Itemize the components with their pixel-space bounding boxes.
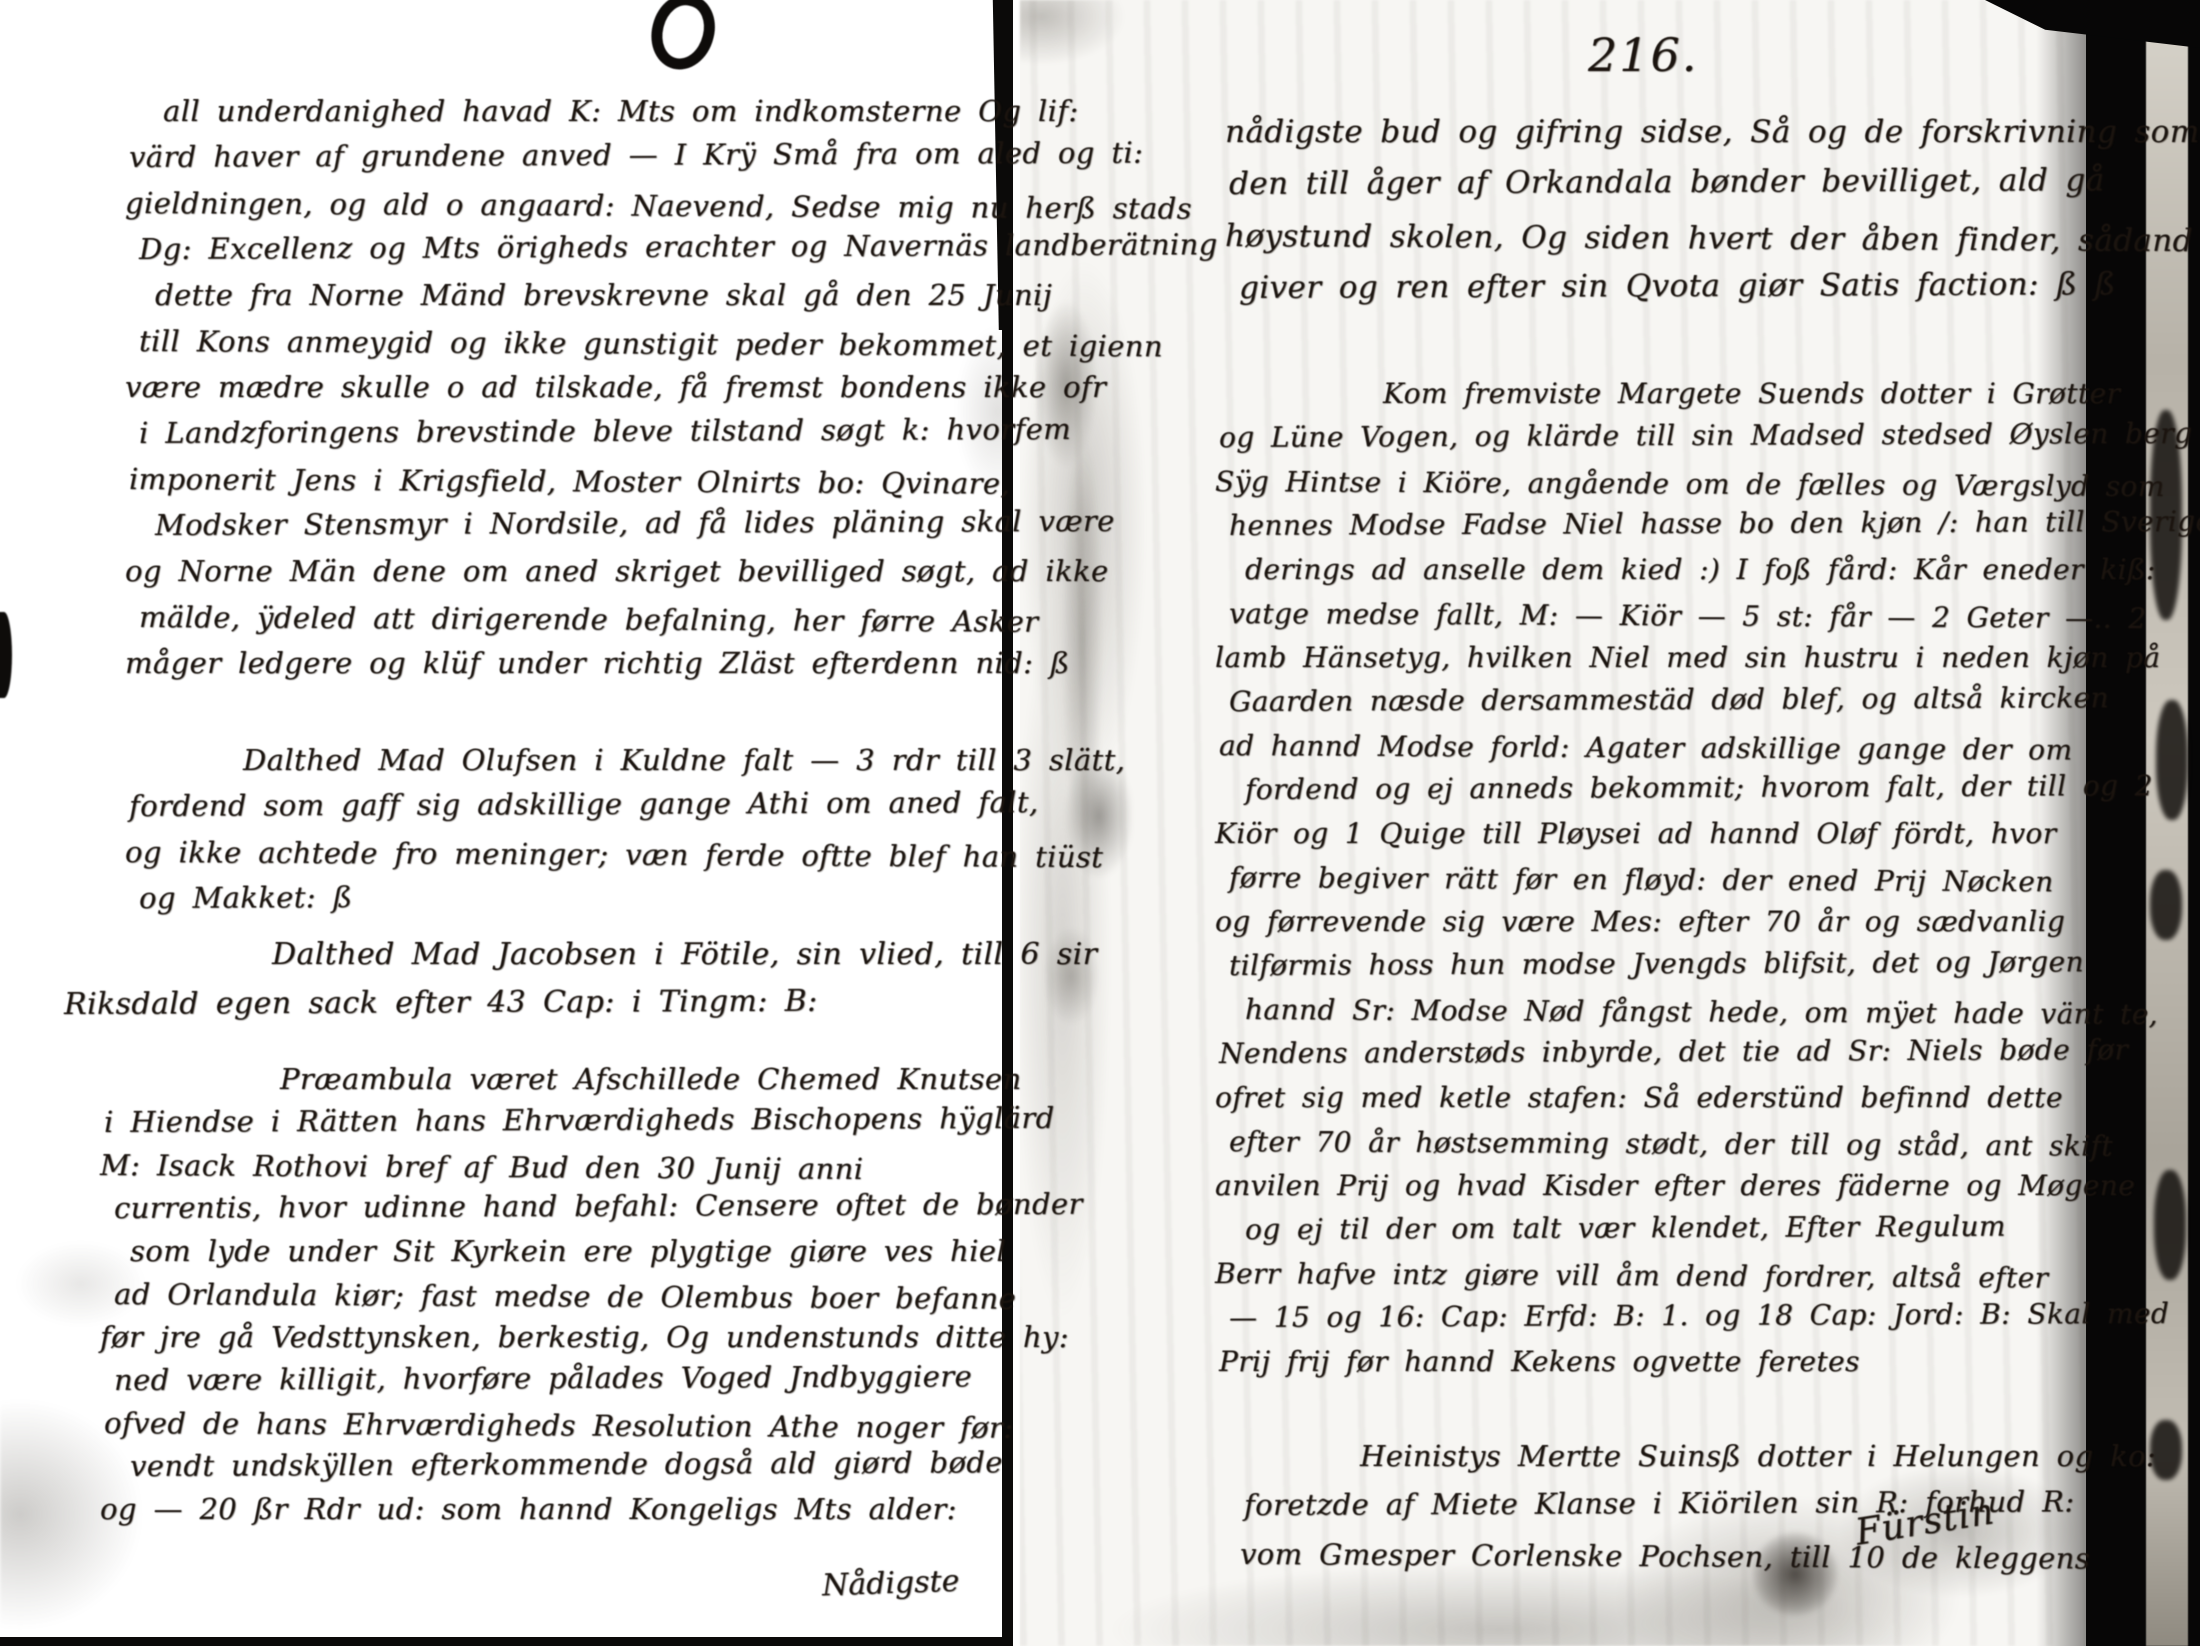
manuscript-line: Dalthed Mad Olufsen i Kuldne falt — 3 rd… bbox=[243, 737, 1125, 783]
paragraph-lines: all underdanighed havad K: Mts om indkom… bbox=[125, 88, 1218, 686]
paragraph-lines: Præambula været Afschillede Chemed Knuts… bbox=[100, 1058, 1083, 1531]
manuscript-line: i Landzforingens brevstinde bleve tilsta… bbox=[139, 405, 1218, 456]
paragraph-lines: Dalthed Mad Olufsen i Kuldne falt — 3 rd… bbox=[125, 737, 1125, 921]
manuscript-line: være mædre skulle o ad tilskade, få frem… bbox=[125, 364, 1218, 410]
right-paragraph-3: Heinistys Mertte Suinsß dotter i Helunge… bbox=[1240, 1432, 2156, 1579]
manuscript-line: foretzde af Miete Klanse i Kiörilen sin … bbox=[1244, 1477, 2156, 1530]
manuscript-line: og Makket: ß bbox=[139, 871, 1125, 921]
manuscript-line: Heinistys Mertte Suinsß dotter i Helunge… bbox=[1360, 1432, 2156, 1481]
manuscript-line: og ej til der om talt vær klendet, Efter… bbox=[1245, 1204, 2200, 1252]
right-paragraph-2: Kom fremviste Margete Suends dotter i Gr… bbox=[1215, 372, 2200, 1384]
left-paragraph-2: Dalthed Mad Olufsen i Kuldne falt — 3 rd… bbox=[125, 737, 1125, 921]
manuscript-line: ofret sig med ketle stafen: Så ederstünd… bbox=[1215, 1076, 2200, 1120]
manuscript-line: Dalthed Mad Jacobsen i Fötile, sin vlied… bbox=[272, 930, 1097, 980]
manuscript-line: ned være killigit, hvorføre pålades Voge… bbox=[114, 1355, 1083, 1402]
manuscript-line: Gaarden næsde dersammestäd død blef, og … bbox=[1229, 676, 2200, 724]
manuscript-line: som lyde under Sit Kyrkein ere plygtige … bbox=[130, 1230, 1083, 1273]
manuscript-line: og Lüne Vogen, og klärde till sin Madsed… bbox=[1219, 412, 2200, 460]
paragraph-lines: Kom fremviste Margete Suends dotter i Gr… bbox=[1215, 372, 2200, 1384]
manuscript-line: før jre gå Vedsttynsken, berkestig, Og u… bbox=[100, 1316, 1083, 1359]
manuscript-line: førre begiver rätt før en fløyd: der ene… bbox=[1229, 856, 2200, 905]
manuscript-line: fordend som gaff sig adskillige gange At… bbox=[129, 779, 1125, 829]
manuscript-line: Nendens anderstøds inbyrde, det tie ad S… bbox=[1219, 1028, 2200, 1076]
manuscript-line: den till åger af Orkandala bønder bevill… bbox=[1229, 154, 2200, 210]
manuscript-line: Kiör og 1 Quige till Pløysei ad hannd Ol… bbox=[1215, 812, 2200, 856]
manuscript-line: derings ad anselle dem kied :) I foß får… bbox=[1245, 548, 2200, 592]
manuscript-line: hennes Modse Fadse Niel hasse bo den kjø… bbox=[1229, 500, 2200, 548]
manuscript-line: og Norne Män dene om aned skriget bevill… bbox=[125, 548, 1218, 594]
manuscript-line: mälde, ÿdeled att dirigerende befalning,… bbox=[139, 594, 1218, 646]
manuscript-line: Kom fremviste Margete Suends dotter i Gr… bbox=[1383, 372, 2200, 416]
manuscript-line: Dg: Excellenz og Mts örigheds erachter o… bbox=[139, 221, 1218, 272]
manuscript-line: Prij frij før hannd Kekens ogvette feret… bbox=[1219, 1340, 2200, 1384]
manuscript-line: Præambula været Afschillede Chemed Knuts… bbox=[280, 1058, 1083, 1101]
manuscript-line: vatge medse fallt, M: — Kiör — 5 st: får… bbox=[1229, 592, 2200, 641]
manuscript-line: måger ledgere og klüf under richtig Zläs… bbox=[125, 640, 1218, 686]
scan-bottom-edge bbox=[0, 1637, 1012, 1646]
manuscript-line: i Hiendse i Rätten hans Ehrværdigheds Bi… bbox=[104, 1097, 1083, 1144]
manuscript-line: värd haver af grundene anved — I Krÿ Små… bbox=[129, 129, 1218, 180]
manuscript-line: dette fra Norne Mänd brevskrevne skal gå… bbox=[155, 272, 1218, 318]
manuscript-line: tilførmis hoss hun modse Jvengds blifsit… bbox=[1229, 940, 2200, 988]
manuscript-line: nådigste bud og gifring sidse, Så og de … bbox=[1225, 106, 2200, 158]
manuscript-line: vendt undskÿllen efterkommende dogså ald… bbox=[130, 1441, 1083, 1488]
manuscript-line: anvilen Prij og hvad Kisder efter deres … bbox=[1215, 1164, 2200, 1208]
manuscript-line: — 15 og 16: Cap: Erfd: B: 1. og 18 Cap: … bbox=[1229, 1292, 2200, 1340]
manuscript-line: Riksdald egen sack efter 43 Cap: i Tingm… bbox=[64, 975, 1098, 1030]
right-paragraph-1: nådigste bud og gifring sidse, Så og de … bbox=[1225, 106, 2200, 314]
paragraph-lines: nådigste bud og gifring sidse, Så og de … bbox=[1225, 106, 2200, 314]
left-paragraph-3: Dalthed Mad Jacobsen i Fötile, sin vlied… bbox=[60, 930, 1097, 1030]
left-paragraph-1: all underdanighed havad K: Mts om indkom… bbox=[125, 88, 1218, 686]
manuscript-line: ad Orlandula kiør; fast medse de Olembus… bbox=[114, 1273, 1083, 1321]
paragraph-lines: Dalthed Mad Jacobsen i Fötile, sin vlied… bbox=[60, 930, 1097, 1030]
manuscript-line: currentis, hvor udinne hand befahl: Cens… bbox=[114, 1183, 1083, 1230]
paragraph-lines: Heinistys Mertte Suinsß dotter i Helunge… bbox=[1240, 1432, 2156, 1579]
manuscript-line: all underdanighed havad K: Mts om indkom… bbox=[163, 88, 1218, 134]
manuscript-line: giver og ren efter sin Qvota giør Satis … bbox=[1239, 258, 2200, 314]
catchword: Nådigste bbox=[821, 1564, 959, 1604]
left-paragraph-4: Præambula været Afschillede Chemed Knuts… bbox=[100, 1058, 1083, 1531]
page-number: 216. bbox=[1588, 28, 1698, 82]
manuscript-line: lamb Hänsetyg, hvilken Niel med sin hust… bbox=[1215, 636, 2200, 680]
manuscript-line: Modsker Stensmyr i Nordsile, ad få lides… bbox=[155, 497, 1218, 548]
manuscript-line: till Kons anmeygid og ikke gunstigit ped… bbox=[139, 318, 1218, 370]
manuscript-line: vom Gmesper Corlenske Pochsen, till 10 d… bbox=[1240, 1530, 2156, 1584]
manuscript-line: fordend og ej anneds bekommit; hvorom fa… bbox=[1245, 764, 2200, 812]
manuscript-line: og førrevende sig være Mes: efter 70 år … bbox=[1215, 900, 2200, 944]
manuscript-scan: 216. all underdanighed havad K: Mts om i… bbox=[0, 0, 2200, 1646]
manuscript-line: efter 70 år høstsemming stødt, der till … bbox=[1229, 1120, 2200, 1169]
manuscript-line: og — 20 ßr Rdr ud: som hannd Kongeligs M… bbox=[100, 1488, 1083, 1531]
